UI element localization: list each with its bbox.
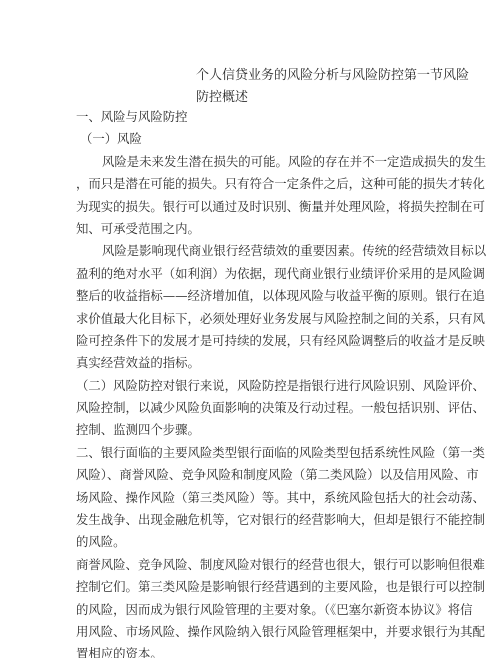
title-line-1: 个人信贷业务的风险分析与风险防控第一节风险 (196, 65, 436, 87)
paragraph-line: 整后的收益指标——经济增加值，以体现风险与收益平衡的原则。银行在追 (76, 285, 424, 307)
paragraph-line: 知、可承受范围之内。 (76, 218, 424, 240)
paragraph-line: 求价值最大化目标下，必须处理好业务发展与风险控制之间的关系，只有风 (76, 308, 424, 330)
paragraph-line: 盈利的绝对水平（如利润）为依据，现代商业银行业绩评价采用的是风险调 (76, 263, 424, 285)
document-title: 个人信贷业务的风险分析与风险防控第一节风险 防控概述 (196, 65, 436, 110)
paragraph-line: 风险）、商誉风险、竞争风险和制度风险（第二类风险）以及信用风险、市 (76, 464, 424, 486)
document-body: 一、风险与风险防控（一）风险风险是未来发生潜在损失的可能。风险的存在并不一定造成… (76, 106, 424, 658)
section-heading: 一、风险与风险防控 (76, 106, 424, 128)
paragraph-line: 为现实的损失。银行可以通过及时识别、衡量并处理风险，将损失控制在可 (76, 196, 424, 218)
paragraph-line: 的风险。 (76, 531, 424, 553)
paragraph-line: 风险控制，以减少风险负面影响的决策及行动过程。一般包括识别、评估、 (76, 397, 424, 419)
paragraph-line: ，而只是潜在可能的损失。只有符合一定条件之后，这种可能的损失才转化 (76, 173, 424, 195)
paragraph-line: 控制、监测四个步骤。 (76, 419, 424, 441)
paragraph-line: 真实经营效益的指标。 (76, 352, 424, 374)
paragraph-line: 险可控条件下的发展才是可持续的发展，只有经风险调整后的收益才是反映 (76, 330, 424, 352)
paragraph-line: 风险是影响现代商业银行经营绩效的重要因素。传统的经营绩效目标以 (76, 240, 424, 262)
paragraph-line: 发生战争、出现金融危机等，它对银行的经营影响大，但却是银行不能控制 (76, 509, 424, 531)
paragraph-line: 二、银行面临的主要风险类型银行面临的风险类型包括系统性风险（第一类 (76, 442, 424, 464)
paragraph-line: 的风险，因而成为银行风险管理的主要对象。（《巴塞尔新资本协议》将信 (76, 599, 424, 621)
paragraph-line: （二）风险防控对银行来说，风险防控是指银行进行风险识别、风险评价、 (76, 375, 424, 397)
paragraph-line: 场风险、操作风险（第三类风险）等。其中，系统风险包括大的社会动荡、 (76, 487, 424, 509)
subsection-heading: （一）风险 (76, 128, 424, 150)
paragraph-line: 控制它们。第三类风险是影响银行经营遇到的主要风险，也是银行可以控制 (76, 576, 424, 598)
document-page: 个人信贷业务的风险分析与风险防控第一节风险 防控概述 一、风险与风险防控（一）风… (0, 0, 500, 658)
paragraph-line: 用风险、市场风险、操作风险纳入银行风险管理框架中，并要求银行为其配 (76, 621, 424, 643)
paragraph-line: 商誉风险、竞争风险、制度风险对银行的经营也很大，银行可以影响但很难 (76, 554, 424, 576)
paragraph-line: 风险是未来发生潜在损失的可能。风险的存在并不一定造成损失的发生 (76, 151, 424, 173)
paragraph-line: 置相应的资本。 (76, 643, 424, 658)
